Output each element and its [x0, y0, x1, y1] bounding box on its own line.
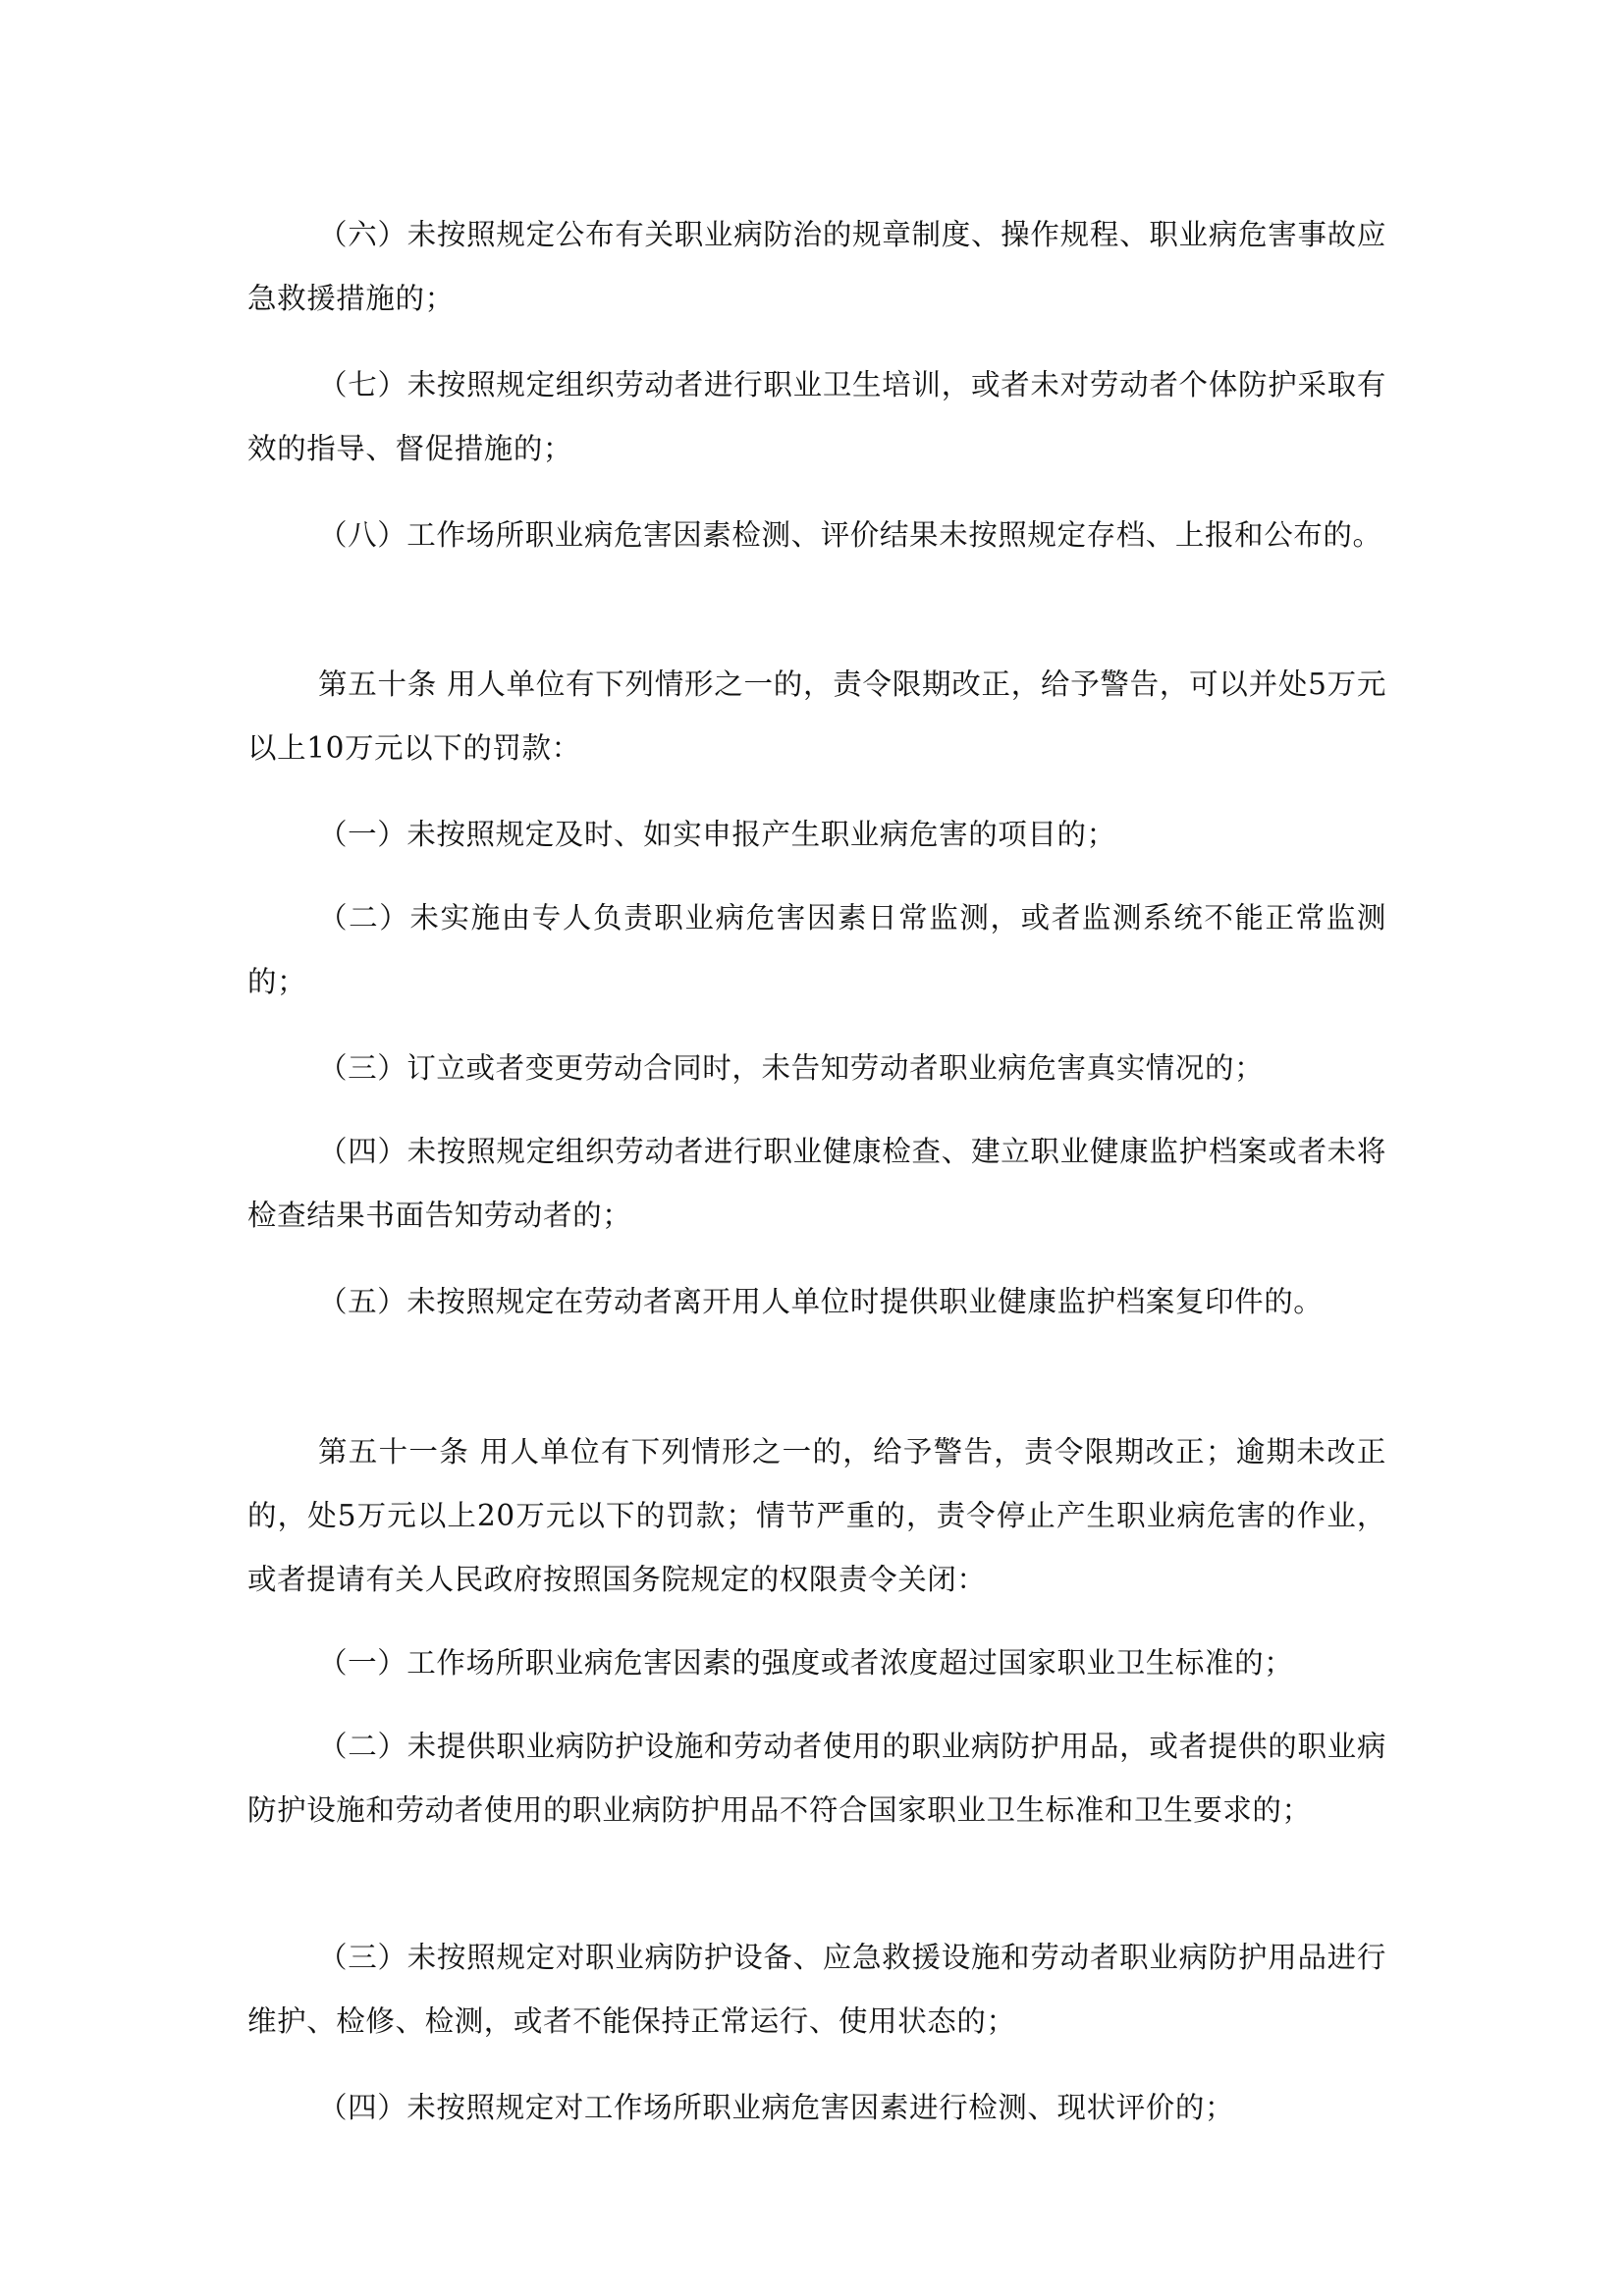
paragraph-item-6: （六）未按照规定公布有关职业病防治的规章制度、操作规程、职业病危害事故应急救援措…: [247, 203, 1386, 331]
paragraph-item-8: （八）工作场所职业病危害因素检测、评价结果未按照规定存档、上报和公布的。: [247, 504, 1386, 567]
paragraph-article-50-item-5: （五）未按照规定在劳动者离开用人单位时提供职业健康监护档案复印件的。: [247, 1270, 1386, 1334]
paragraph-article-51-item-1: （一）工作场所职业病危害因素的强度或者浓度超过国家职业卫生标准的；: [247, 1631, 1386, 1695]
paragraph-article-51-item-4: （四）未按照规定对工作场所职业病危害因素进行检测、现状评价的；: [247, 2076, 1386, 2140]
paragraph-article-50-item-3: （三）订立或者变更劳动合同时，未告知劳动者职业病危害真实情况的；: [247, 1037, 1386, 1100]
paragraph-article-51-item-3: （三）未按照规定对职业病防护设备、应急救援设施和劳动者职业病防护用品进行维护、检…: [247, 1926, 1386, 2054]
paragraph-article-51-item-2: （二）未提供职业病防护设施和劳动者使用的职业病防护用品，或者提供的职业病防护设施…: [247, 1715, 1386, 1842]
paragraph-article-51: 第五十一条 用人单位有下列情形之一的，给予警告，责令限期改正；逾期未改正的，处5…: [247, 1420, 1386, 1612]
paragraph-item-7: （七）未按照规定组织劳动者进行职业卫生培训，或者未对劳动者个体防护采取有效的指导…: [247, 353, 1386, 481]
paragraph-article-50: 第五十条 用人单位有下列情形之一的，责令限期改正，给予警告，可以并处5万元以上1…: [247, 653, 1386, 780]
paragraph-article-50-item-1: （一）未按照规定及时、如实申报产生职业病危害的项目的；: [247, 803, 1386, 867]
paragraph-article-50-item-4: （四）未按照规定组织劳动者进行职业健康检查、建立职业健康监护档案或者未将检查结果…: [247, 1120, 1386, 1248]
paragraph-article-50-item-2: （二）未实施由专人负责职业病危害因素日常监测，或者监测系统不能正常监测的；: [247, 886, 1386, 1014]
